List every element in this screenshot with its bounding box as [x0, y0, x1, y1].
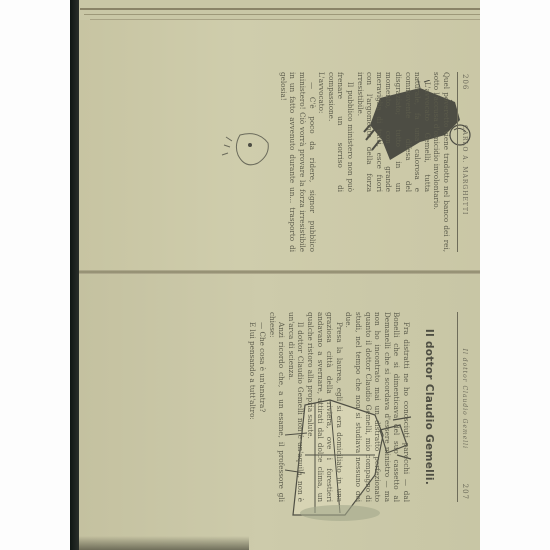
page-number: 206	[461, 74, 469, 90]
running-head-206: 206 CARLO A. MARGHETTI	[457, 72, 470, 252]
running-head-text: Il dottor Claudio Gemelli	[462, 349, 469, 449]
page-206-text: Quel poveretto viene tradotto nel banco …	[278, 72, 451, 252]
paragraph: L'avvocato Gemelli, tutta naturale, fa u…	[355, 72, 432, 252]
paragraph: Il pubblico ministero non può frenare un…	[326, 72, 355, 252]
page-edge-line	[84, 14, 480, 15]
page-number: 207	[461, 484, 469, 500]
paragraph: L'avvocato:	[317, 72, 327, 252]
chapter-title: Il dottor Claudio Gemelli.	[423, 312, 435, 502]
paragraph: Quel poveretto viene tradotto nel banco …	[432, 72, 451, 252]
running-head-207: Il dottor Claudio Gemelli 207	[457, 312, 470, 502]
paragraph: Il dottor Claudio Gemelli non è un'aquil…	[286, 312, 305, 502]
paragraph: Presa la laurea, egli si era domiciliato…	[305, 312, 343, 502]
page-207: Il dottor Claudio Gemelli 207 Il dottor …	[110, 312, 470, 502]
paragraph: — C'è poco da ridere, signor pubblico mi…	[278, 72, 316, 252]
book-cover-edge	[70, 0, 79, 550]
paragraph: Anzi ricordo che, a un esame, il profess…	[267, 312, 286, 502]
running-head-text: CARLO A. MARGHETTI	[462, 125, 469, 215]
paragraph: E lui pensando a tutt'altro:	[248, 312, 258, 502]
cover-shadow	[79, 536, 249, 550]
paragraph: — Che cosa è un'anatra?	[258, 312, 268, 502]
paragraph: Fra distratti ne ho conosciuti parecchi …	[344, 312, 411, 502]
page-edge-line	[80, 8, 480, 10]
page-edge-line	[90, 19, 480, 20]
book-gutter	[79, 270, 480, 274]
page-206: 206 CARLO A. MARGHETTI Quel poveretto vi…	[110, 72, 470, 252]
page-207-text: Fra distratti ne ho conosciuti parecchi …	[248, 312, 411, 502]
